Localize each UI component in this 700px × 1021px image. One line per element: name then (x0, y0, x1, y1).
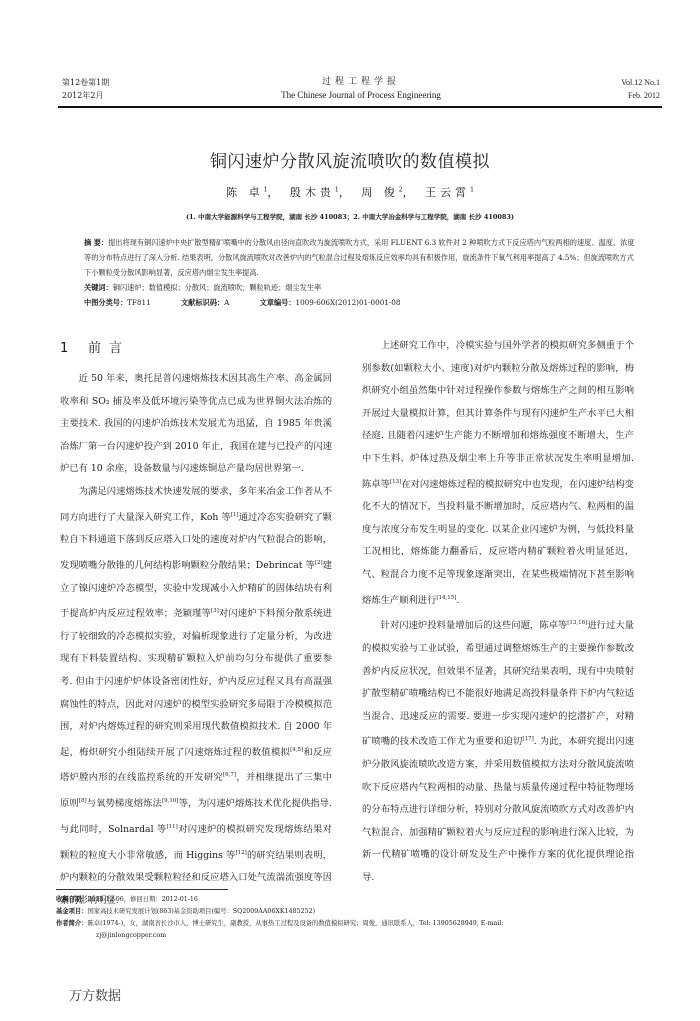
paragraph: 针对闪速炉投料量增加后的这些问题，陈卓等[13,16]进行过大量的模拟实验与工业… (362, 612, 634, 889)
citation: [6,7] (223, 772, 236, 778)
author-bio: 作者简介：陈卓(1974-)，女，湖南省长沙市人，博士研究生，副教授，从事热工过… (56, 918, 660, 930)
doc-code-value: A (224, 298, 229, 307)
received-date: 收稿日期：2011-12-06，修回日期：2012-01-16 (56, 894, 660, 906)
citation: [9,10] (162, 798, 179, 804)
citation: [2] (315, 560, 323, 566)
keywords: 关键词：铜闪速炉；数值模拟；分散风；旋流喷吹；颗粒轨迹；烟尘发生率 (84, 280, 638, 295)
journal-header: 第12卷第1期 2012年2月 过程工程学报 The Chinese Journ… (62, 76, 660, 106)
journal-name-en: The Chinese Journal of Process Engineeri… (62, 89, 660, 102)
citation: [17] (522, 736, 533, 742)
author: 王云霄1 (425, 186, 474, 199)
keywords-text: 铜闪速炉；数值模拟；分散风；旋流喷吹；颗粒轨迹；烟尘发生率 (113, 283, 321, 292)
citation: [8] (79, 798, 87, 804)
doc-code-label: 文献标识码： (181, 298, 224, 307)
footnotes: 收稿日期：2011-12-06，修回日期：2012-01-16 基金项目：国家高… (56, 894, 660, 942)
fund-info: 基金项目：国家高技术研究发展计划(863)基金资助项目(编号：SQ2009AA0… (56, 906, 660, 918)
right-column: 上述研究工作中，冷模实验与国外学者的模拟研究多侧重于个别参数(如颗粒大小、速度)… (362, 335, 634, 890)
footnote-rule (56, 889, 228, 890)
citation: [12] (235, 850, 246, 856)
clc-label: 中图分类号： (84, 298, 127, 307)
clc-value: TF811 (127, 298, 151, 307)
author-email[interactable]: zj@jinlongcopper.com (56, 930, 660, 942)
journal-name-cn: 过程工程学报 (62, 76, 660, 89)
date-en: Feb. 2012 (621, 89, 660, 102)
wanfang-watermark: 万方数据 (69, 985, 121, 1004)
abstract-block: 摘 要：提出将现有铜闪速炉中央扩散型精矿喷嘴中的分散风由径向直吹改为旋流喷吹方式… (84, 235, 638, 310)
citation: [3] (211, 608, 219, 614)
section-heading: 1前言 (60, 338, 332, 364)
author-list: 陈 卓1， 殷木贵1， 周 俊2， 王云霄1 (0, 184, 700, 200)
abstract: 摘 要：提出将现有铜闪速炉中央扩散型精矿喷嘴中的分散风由径向直吹改为旋流喷吹方式… (84, 235, 638, 280)
citation: [13] (390, 479, 401, 485)
author: 陈 卓1， (226, 186, 282, 199)
header-rule (58, 106, 662, 108)
classification-line: 中图分类号：TF811 文献标识码：A 文章编号：1009-606X(2012)… (84, 295, 638, 310)
affiliations: (1. 中南大学能源科学与工程学院，湖南 长沙 410083；2. 中南大学冶金… (0, 212, 700, 221)
journal-name: 过程工程学报 The Chinese Journal of Process En… (62, 76, 660, 102)
author: 殷木贵1， (290, 186, 354, 199)
keywords-label: 关键词： (84, 283, 113, 292)
left-column: 1前言 近 50 年来，奥托昆普闪速熔炼技术因其高生产率、高金属回收率和 SO₂… (60, 338, 332, 912)
citation: [13,16] (567, 620, 587, 626)
issue-info-en: Vol.12 No.1 Feb. 2012 (621, 76, 660, 102)
citation: [11] (167, 824, 178, 830)
paragraph: 近 50 年来，奥托昆普闪速熔炼技术因其高生产率、高金属回收率和 SO₂ 捕及率… (60, 368, 332, 481)
paper-title: 铜闪速炉分散风旋流喷吹的数值模拟 (0, 147, 700, 172)
section-name: 前言 (88, 341, 130, 356)
paragraph: 为满足闪速熔炼技术快速发展的要求，多年来冶金工作者从不同方向进行了大量深入研究工… (60, 481, 332, 912)
citation: [14,15] (436, 595, 456, 601)
paragraph: 上述研究工作中，冷模实验与国外学者的模拟研究多侧重于个别参数(如颗粒大小、速度)… (362, 335, 634, 612)
article-number-value: 1009-606X(2012)01-0001-08 (296, 298, 401, 307)
abstract-label: 摘 要： (84, 238, 108, 247)
citation: [1] (231, 512, 239, 518)
section-number: 1 (60, 338, 88, 361)
author: 周 俊2， (361, 186, 417, 199)
volume-issue-en: Vol.12 No.1 (621, 76, 660, 89)
article-number-label: 文章编号： (260, 298, 296, 307)
abstract-text: 提出将现有铜闪速炉中央扩散型精矿喷嘴中的分散风由径向直吹改为旋流喷吹方式，采用 … (84, 238, 634, 277)
citation: [4,5] (290, 747, 303, 753)
